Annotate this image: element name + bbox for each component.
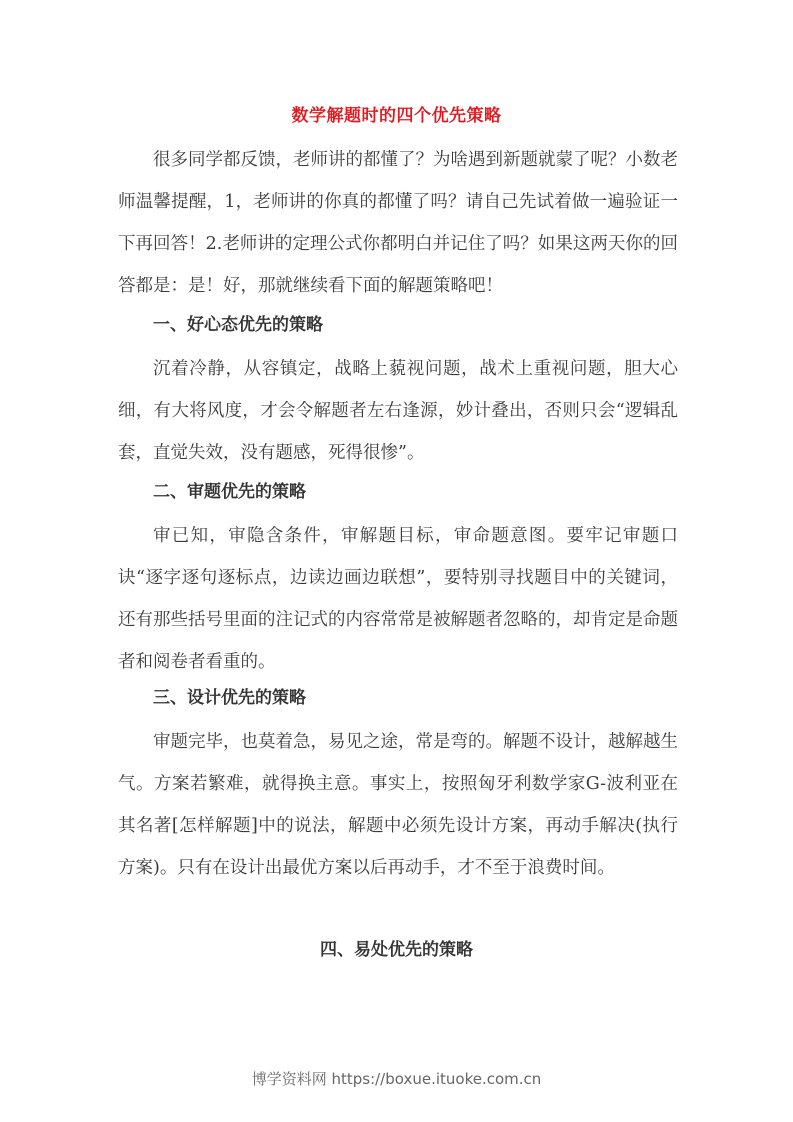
footer-watermark: 博学资料网 https://boxue.ituoke.com.cn bbox=[0, 1068, 793, 1089]
document-title: 数学解题时的四个优先策略 bbox=[0, 104, 793, 128]
section-heading-4: 四、易处优先的策略 bbox=[0, 938, 793, 962]
section-body-1: 沉着冷静，从容镇定，战略上藐视问题，战术上重视问题，胆大心细，有大将风度，才会令… bbox=[118, 348, 678, 474]
section-heading-2: 二、审题优先的策略 bbox=[153, 480, 306, 504]
intro-paragraph: 很多同学都反馈，老师讲的都懂了？为啥遇到新题就蒙了呢？小数老师温馨提醒，1，老师… bbox=[118, 139, 678, 307]
section-body-2: 审已知，审隐含条件，审解题目标，审命题意图。要牢记审题口诀“逐字逐句逐标点，边读… bbox=[118, 515, 678, 683]
document-page: 数学解题时的四个优先策略 很多同学都反馈，老师讲的都懂了？为啥遇到新题就蒙了呢？… bbox=[0, 0, 793, 1122]
section-body-3: 审题完毕，也莫着急，易见之途，常是弯的。解题不设计，越解越生气。方案若繁难，就得… bbox=[118, 721, 678, 889]
section-heading-1: 一、好心态优先的策略 bbox=[153, 313, 323, 337]
section-heading-3: 三、设计优先的策略 bbox=[153, 686, 306, 710]
